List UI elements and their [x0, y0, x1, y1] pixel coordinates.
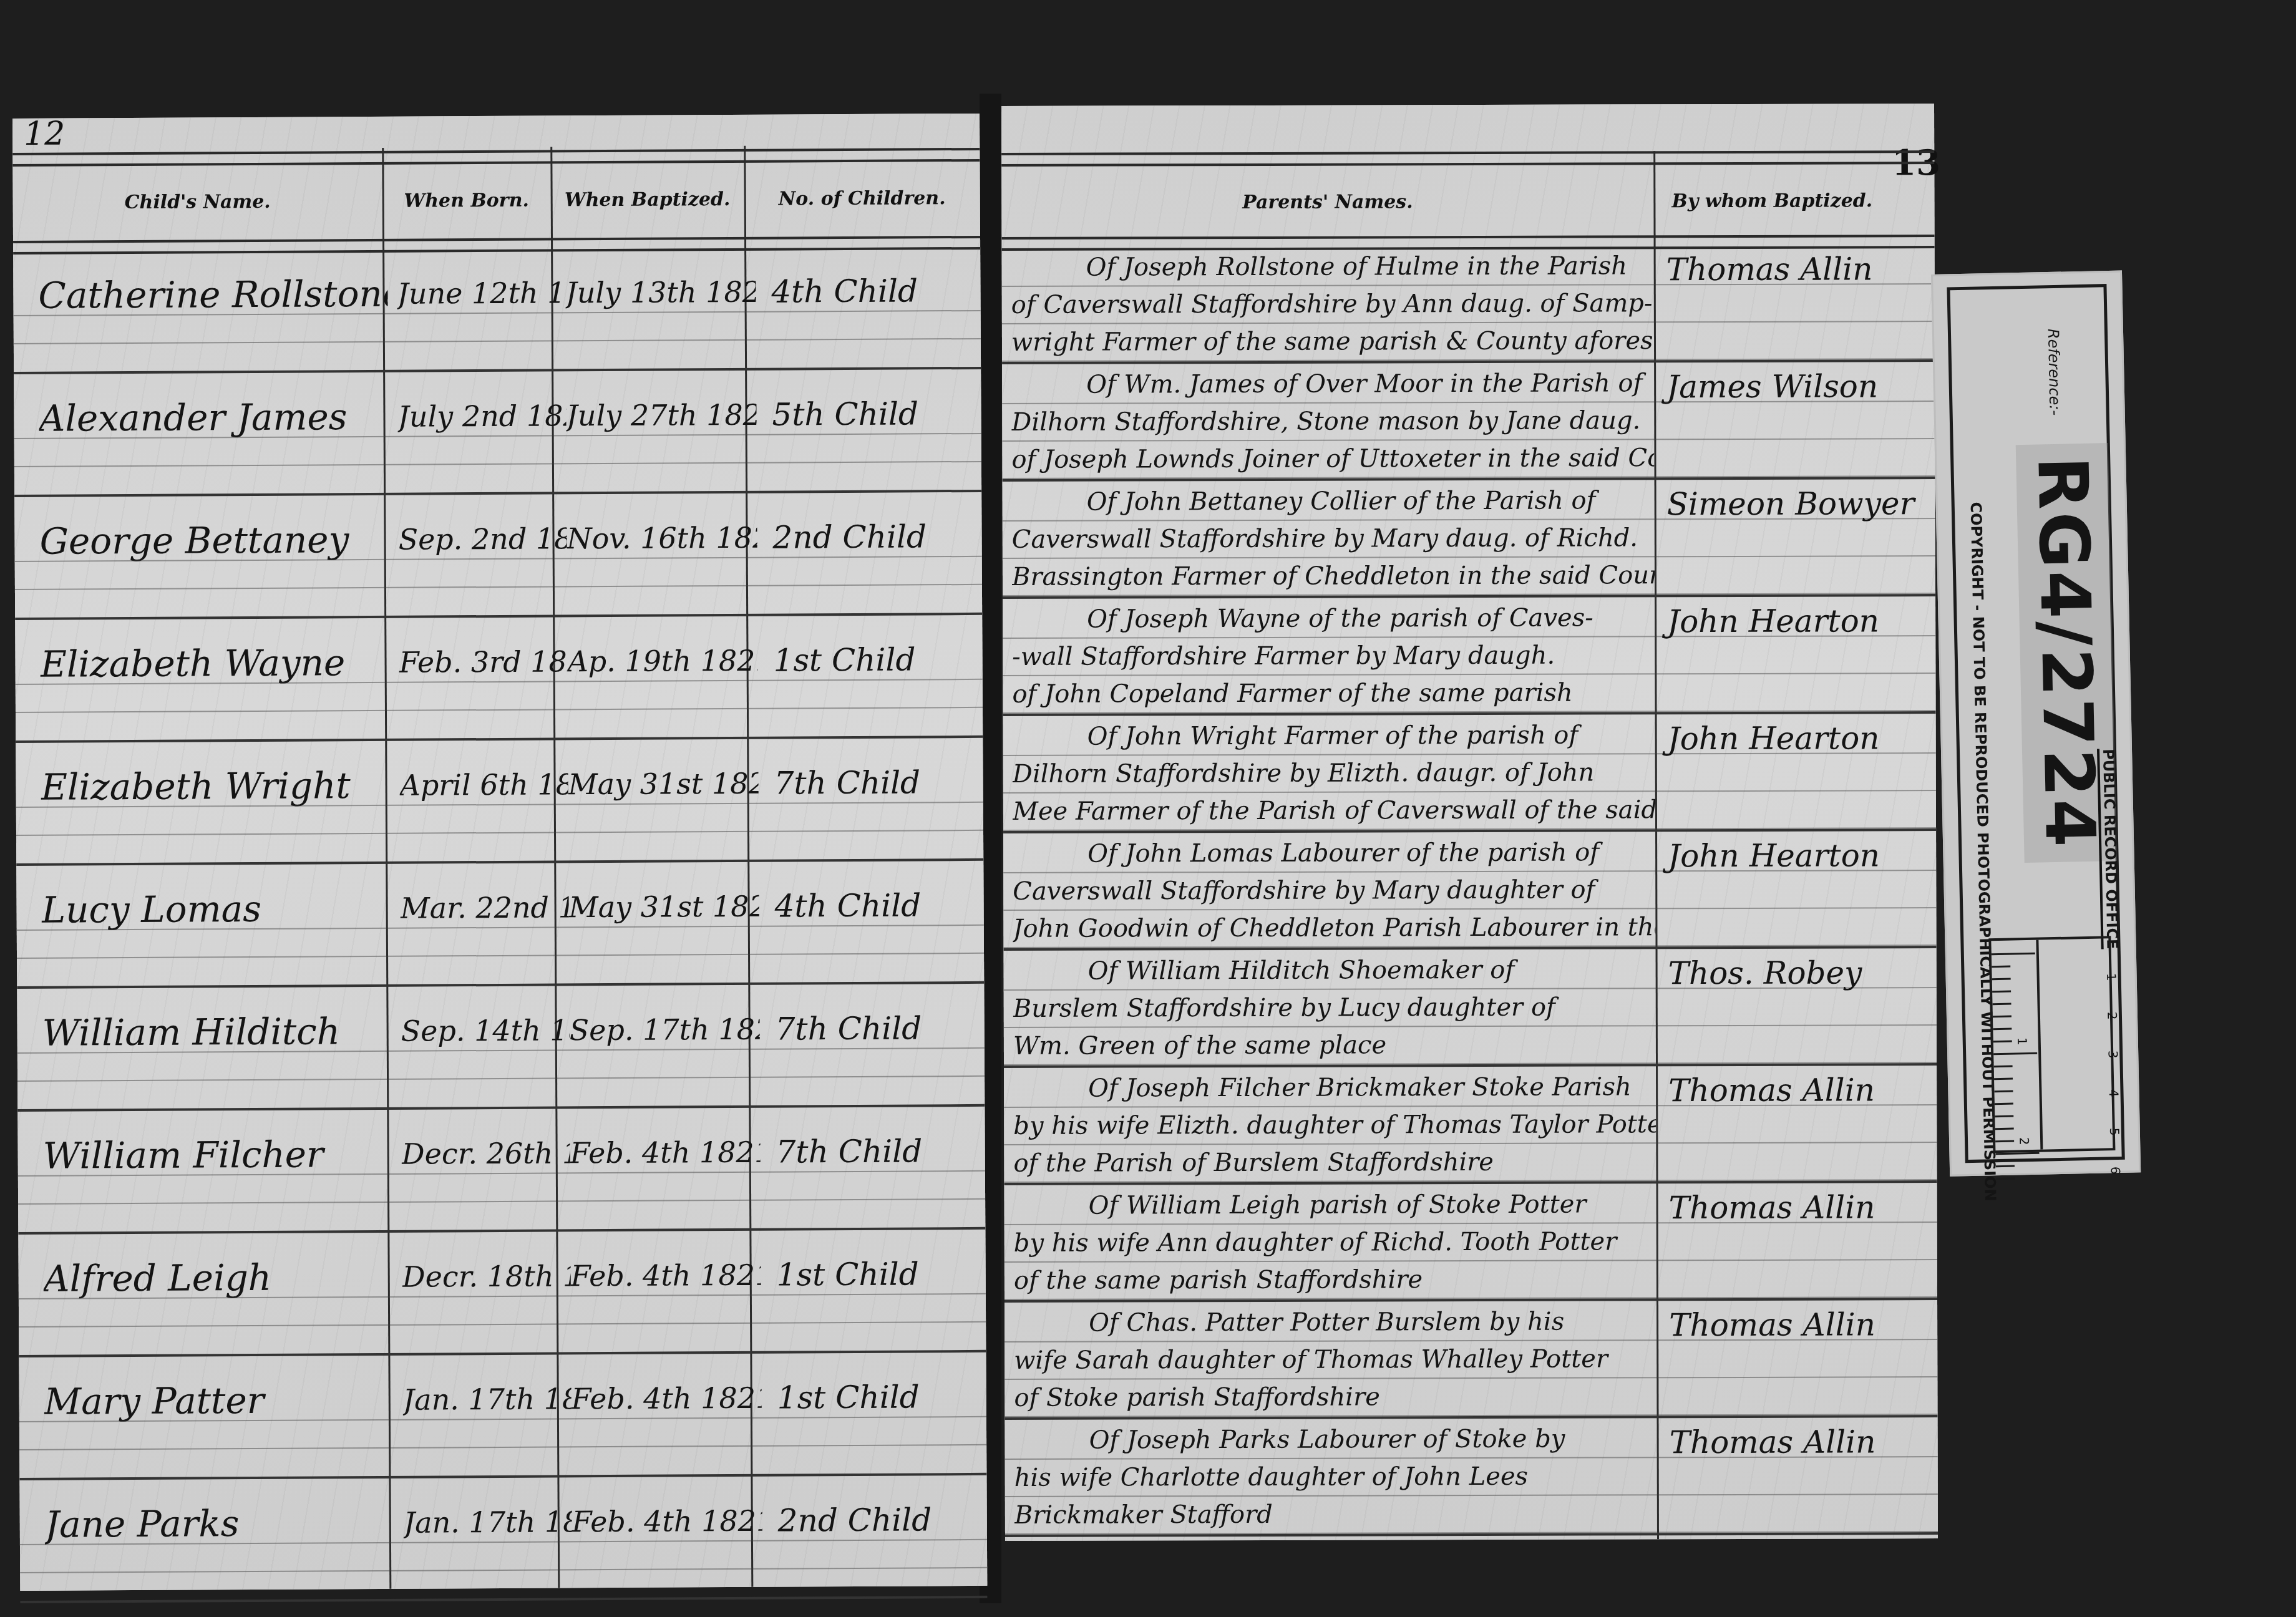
ruled-line [16, 830, 983, 836]
header-top-rule [1001, 150, 1934, 167]
parents-text-line: of Joseph Lownds Joiner of Uttoxeter in … [1011, 444, 1654, 474]
birth-date: Sep. 14th 1820 [401, 1013, 570, 1047]
scale-cm-label: 3 [2105, 1051, 2120, 1059]
table-row: Of Joseph Wayne of the parish of Caves- … [1001, 104, 1934, 106]
scale-tick [1996, 1178, 2015, 1180]
parents-text-line: Of William Hilditch Shoemaker of [1013, 955, 1656, 986]
ruled-line [1004, 1259, 1937, 1263]
baptizer-name: John Hearton [1668, 837, 1930, 874]
ruled-line [1003, 790, 1936, 794]
child-name: William Hilditch [42, 1010, 391, 1054]
child-name: Lucy Lomas [41, 887, 391, 931]
child-name: Jane Parks [45, 1502, 394, 1546]
baptizer-name: Thomas Allin [1668, 1072, 1930, 1109]
baptizer-name: Thos. Robey [1668, 954, 1930, 991]
parents-text-line: Of Joseph Filcher Brickmaker Stoke Paris… [1013, 1072, 1656, 1103]
ruled-line [1004, 1142, 1937, 1145]
table-row: Alfred Leigh Decr. 18th 1820 Feb. 4th 18… [12, 114, 980, 119]
scale-tick [1995, 1140, 2014, 1143]
parents-text-line: by his wife Elizth. daughter of Thomas T… [1013, 1110, 1656, 1140]
scale-tick [1994, 1066, 2013, 1068]
baptism-date: May 31st 1821 [568, 767, 758, 802]
child-number: 1st Child [761, 641, 985, 679]
birth-date: April 6th 1821 [399, 767, 568, 802]
parents-text-line: Dilhorn Staffordshire by Elizth. daugr. … [1013, 758, 1655, 789]
table-row: Of John Wright Farmer of the parish of D… [1001, 104, 1934, 106]
parents-text-line: Of William Leigh parish of Stoke Potter [1014, 1190, 1656, 1220]
right-entries: Of Joseph Rollstone of Hulme in the Pari… [1001, 104, 1934, 106]
entry-divider [15, 613, 982, 620]
birth-date: Decr. 26th 1820 [402, 1136, 570, 1170]
child-name: Alfred Leigh [44, 1256, 393, 1300]
parents-text-line: of the Parish of Burslem Staffordshire [1013, 1147, 1656, 1178]
scale-tick [1992, 991, 2011, 993]
scale-cm-label: 5 [2107, 1128, 2122, 1136]
ruled-line [1003, 907, 1936, 911]
baptism-date: July 27th 1820 [566, 398, 756, 433]
ruled-line [1004, 1024, 1937, 1028]
entry-divider [16, 736, 983, 743]
scale-inch-label: 1 [2015, 1037, 2030, 1046]
birth-date: Feb. 3rd 1821 [399, 644, 567, 679]
entry-divider [18, 1227, 985, 1235]
table-row: Of John Lomas Labourer of the parish of … [1001, 104, 1934, 106]
parents-text-line: Of Joseph Wayne of the parish of Caves- [1012, 603, 1655, 634]
parents-text-line: of Stoke parish Staffordshire [1014, 1382, 1656, 1412]
table-row: Of Wm. James of Over Moor in the Parish … [1001, 104, 1934, 106]
entry-divider [20, 1596, 987, 1603]
child-name: Alexander James [39, 396, 388, 440]
left-page: 12 Child's Name. When Born. When Baptize… [12, 114, 987, 1591]
child-number: 4th Child [762, 887, 986, 925]
scale-tick [1992, 953, 2035, 955]
entry-divider [17, 1104, 985, 1112]
parents-text-line: -wall Staffordshire Farmer by Mary daugh… [1012, 641, 1655, 671]
ruled-line [1003, 673, 1935, 676]
ruled-line [15, 584, 982, 590]
parents-text-line: his wife Charlotte daughter of John Lees [1014, 1462, 1657, 1492]
table-row: William Filcher Decr. 26th 1820 Feb. 4th… [12, 114, 980, 119]
scale-tick [1992, 1003, 2011, 1006]
table-row: Jane Parks Jan. 17th 1821 Feb. 4th 1821 … [12, 114, 980, 119]
header-when-baptized: When Baptized. [550, 165, 744, 235]
table-row: Elizabeth Wright April 6th 1821 May 31st… [12, 114, 980, 119]
baptizer-name: Thomas Allin [1669, 1306, 1931, 1343]
parents-text-line: Of Joseph Parks Labourer of Stoke by [1014, 1424, 1657, 1455]
baptism-date: Ap. 19th 1821 [567, 644, 757, 679]
table-row: Of William Hilditch Shoemaker of Burslem… [1001, 104, 1934, 106]
scale-tick [1993, 1041, 2012, 1043]
child-number: 7th Child [761, 764, 986, 802]
ruled-line [14, 461, 981, 467]
ruled-line [17, 1076, 985, 1082]
parents-text-line: Caverswall Staffordshire by Mary daughte… [1013, 875, 1655, 906]
baptizer-name: James Wilson [1666, 368, 1929, 405]
entry-divider [16, 858, 983, 866]
parents-text-line: Mee Farmer of the Parish of Caverswall o… [1013, 795, 1655, 826]
scale-ticks: 12123456 [1991, 938, 2108, 941]
parents-text-line: wright Farmer of the same parish & Count… [1011, 326, 1654, 357]
table-row: Of Joseph Parks Labourer of Stoke by his… [1001, 104, 1934, 106]
header-by-whom-baptized: By whom Baptized. [1653, 166, 1890, 235]
parents-text-line: Brassington Farmer of Cheddleton in the … [1012, 561, 1655, 591]
birth-date: Sep. 2nd 1820 [398, 522, 567, 556]
header-bottom-rule [1002, 235, 1935, 251]
table-row: Of William Leigh parish of Stoke Potter … [1001, 104, 1934, 106]
baptism-date: Feb. 4th 1821 [570, 1135, 761, 1170]
right-page: 13 Parents' Names. By whom Baptized. Of … [1001, 104, 1938, 1541]
scale-tick [1993, 1016, 2011, 1018]
birth-date: Mar. 22nd 1821 [400, 890, 568, 925]
baptizer-name: Thomas Allin [1666, 251, 1929, 288]
parents-text-line: of John Copeland Farmer of the same pari… [1012, 678, 1655, 709]
ruled-line [16, 707, 983, 713]
ruled-line [1003, 555, 1935, 559]
ruled-line [18, 1198, 985, 1205]
scale-inch-label: 2 [2016, 1137, 2031, 1145]
header-child-name: Child's Name. [12, 167, 382, 237]
header-parents-names: Parents' Names. [1001, 167, 1653, 237]
scale-tick [1994, 1078, 2013, 1080]
baptism-date: Nov. 16th 1820 [567, 521, 757, 556]
ruled-line [1002, 321, 1935, 324]
column-divider [550, 147, 560, 1588]
entry-divider [19, 1350, 986, 1357]
scale-tick [1996, 1152, 2040, 1155]
child-number: 2nd Child [760, 518, 985, 556]
ruled-line [19, 1444, 986, 1450]
table-row: Of Chas. Patter Potter Burslem by his wi… [1001, 104, 1934, 106]
reference-label: Reference:- [2045, 329, 2064, 416]
table-row: Mary Patter Jan. 17th 1821 Feb. 4th 1821… [12, 114, 980, 119]
baptizer-name: Simeon Bowyer [1667, 485, 1929, 522]
parents-text-line: Of John Bettaney Collier of the Parish o… [1012, 486, 1655, 517]
table-row: William Hilditch Sep. 14th 1820 Sep. 17t… [12, 114, 980, 119]
birth-date: June 12th 1820 [397, 276, 565, 310]
table-row: Of Joseph Filcher Brickmaker Stoke Paris… [1001, 104, 1934, 106]
ruled-line [1005, 1493, 1938, 1497]
baptism-date: May 31st 1821 [568, 890, 759, 925]
child-number: 7th Child [764, 1133, 988, 1170]
parents-text-line: Of John Lomas Labourer of the parish of [1013, 838, 1655, 868]
scale-cm-label: 4 [2106, 1089, 2121, 1097]
scale-tick [1992, 966, 2010, 968]
baptism-date: Feb. 4th 1821 [571, 1258, 761, 1293]
scale-tick [1995, 1115, 2013, 1118]
child-name: George Bettaney [39, 518, 389, 563]
child-number: 5th Child [759, 396, 984, 433]
baptism-date: Feb. 4th 1821 [572, 1504, 762, 1539]
child-name: Mary Patter [44, 1379, 394, 1423]
birth-date: July 2nd 1820 [397, 399, 566, 433]
left-page-number: 12 [24, 115, 65, 153]
table-row: Lucy Lomas Mar. 22nd 1821 May 31st 1821 … [12, 114, 980, 119]
scale-tick [1993, 1028, 2011, 1031]
ruled-line [19, 1321, 986, 1328]
measurement-scale: 12123456 [1988, 936, 2115, 1153]
ruled-line [14, 338, 981, 344]
child-name: Elizabeth Wayne [40, 641, 389, 686]
ruled-line [1004, 1376, 1937, 1380]
parents-text-line: wife Sarah daughter of Thomas Whalley Po… [1014, 1344, 1656, 1375]
parents-text-line: Brickmaker Stafford [1014, 1499, 1657, 1530]
parents-text-line: Of John Wright Farmer of the parish of [1013, 721, 1655, 751]
table-row: Of Joseph Rollstone of Hulme in the Pari… [1001, 104, 1934, 106]
ruled-line [17, 953, 984, 959]
birth-date: Decr. 18th 1820 [402, 1259, 571, 1293]
child-name: William Filcher [43, 1133, 392, 1177]
child-number: 7th Child [763, 1010, 988, 1047]
entry-divider [14, 367, 981, 374]
reference-strip-border: Reference:- RG4/2724 COPYRIGHT - NOT TO … [1947, 284, 2124, 1163]
scale-tick [1994, 1090, 2013, 1093]
child-name: Elizabeth Wright [41, 764, 390, 808]
scale-cm-label: 2 [2104, 1012, 2119, 1020]
parents-text-line: Of Joseph Rollstone of Hulme in the Pari… [1011, 251, 1654, 282]
scale-tick [1992, 978, 2011, 981]
child-number: 1st Child [765, 1379, 990, 1416]
issuer-label: PUBLIC RECORD OFFICE [2097, 749, 2121, 949]
archive-reference-strip: Reference:- RG4/2724 COPYRIGHT - NOT TO … [1931, 271, 2141, 1177]
table-row: Catherine Rollstone June 12th 1820 July … [12, 114, 980, 119]
header-when-born: When Born. [382, 165, 551, 235]
baptism-date: July 13th 1820 [565, 275, 756, 310]
parents-text-line: of the same parish Staffordshire [1014, 1265, 1656, 1295]
parents-text-line: Wm. Green of the same place [1013, 1030, 1656, 1061]
baptizer-name: Thomas Allin [1669, 1189, 1931, 1226]
child-number: 2nd Child [766, 1502, 990, 1539]
ruled-line [1002, 438, 1935, 442]
baptism-date: Feb. 4th 1821 [572, 1381, 762, 1416]
child-number: 1st Child [764, 1256, 989, 1293]
scale-tick [1995, 1128, 2014, 1130]
child-number: 4th Child [759, 273, 983, 310]
parents-text-line: Of Chas. Patter Potter Burslem by his [1014, 1307, 1656, 1338]
scale-cm-label: 1 [2104, 973, 2119, 981]
parents-text-line: by his wife Ann daughter of Richd. Tooth… [1014, 1227, 1656, 1258]
parents-text-line: Of Wm. James of Over Moor in the Parish … [1011, 369, 1654, 399]
scale-tick [1995, 1103, 2013, 1105]
table-row: Of John Bettaney Collier of the Parish o… [1001, 104, 1934, 106]
table-row: Alexander James July 2nd 1820 July 27th … [12, 114, 980, 119]
baptizer-name: John Hearton [1668, 720, 1930, 757]
parents-text-line: Caverswall Staffordshire by Mary daug. o… [1012, 523, 1655, 554]
birth-date: Jan. 17th 1821 [404, 1505, 572, 1539]
entry-divider [14, 490, 981, 497]
table-row: George Bettaney Sep. 2nd 1820 Nov. 16th … [12, 114, 980, 119]
baptizer-name: John Hearton [1667, 603, 1929, 639]
column-divider [382, 148, 391, 1589]
left-entries: Catherine Rollstone June 12th 1820 July … [12, 114, 980, 119]
scale-cm-label: 6 [2108, 1167, 2123, 1175]
header-no-of-children: No. of Children. [744, 163, 980, 233]
parents-text-line: of Caverswall Staffordshire by Ann daug.… [1011, 289, 1654, 319]
baptism-date: Sep. 17th 1820 [570, 1012, 760, 1047]
baptizer-name: Thomas Allin [1670, 1424, 1932, 1460]
scale-tick [1996, 1165, 2015, 1168]
parents-text-line: Dilhorn Staffordshire, Stone mason by Ja… [1011, 406, 1654, 437]
parents-text-line: John Goodwin of Cheddleton Parish Labour… [1013, 913, 1655, 943]
scale-tick [1993, 1052, 2037, 1055]
child-name: Catherine Rollstone [38, 273, 387, 317]
parents-text-line: Burslem Staffordshire by Lucy daughter o… [1013, 993, 1656, 1023]
header-bottom-rule [13, 236, 980, 255]
table-row: Elizabeth Wayne Feb. 3rd 1821 Ap. 19th 1… [12, 114, 980, 119]
column-divider [744, 146, 753, 1587]
entry-divider [17, 981, 984, 989]
birth-date: Jan. 17th 1821 [403, 1382, 572, 1416]
entry-divider [19, 1473, 986, 1480]
scale-divider [2036, 940, 2043, 1150]
ruled-line [20, 1567, 987, 1573]
